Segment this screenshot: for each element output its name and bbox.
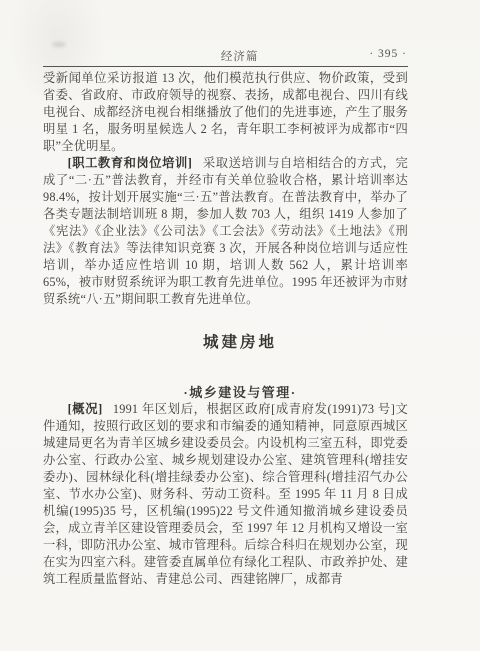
running-head-section-title: 经济篇 — [221, 48, 259, 64]
paragraph-overview: [概况]1991 年区划后，根据区政府[成青府发(1991)73 号]文件通知，… — [43, 401, 408, 588]
scanned-book-page: 经济篇 · 395 · 受新闻单位采访报道 13 次，他们模范执行供应、物价政策… — [0, 0, 480, 651]
header-rule-divider — [43, 66, 408, 67]
entry-heading-overview: [概况] — [68, 402, 103, 416]
entry-text-overview: 1991 年区划后，根据区政府[成青府发(1991)73 号]文件通知，按照行政… — [43, 402, 408, 586]
running-head: 经济篇 · 395 · — [0, 48, 480, 64]
section-title: ·城乡建设与管理· — [0, 385, 480, 401]
text-block: 受新闻单位采访报道 13 次，他们模范执行供应、物价政策，受到省委、省政府、市政… — [43, 70, 408, 588]
chapter-title: 城建房地 — [0, 333, 480, 352]
entry-text-staff-training: 采取送培训与自培相结合的方式，完成了“二·五”普法教育，并经市有关单位验收合格，… — [43, 156, 408, 306]
paragraph-staff-training: [职工教育和岗位培训]采取送培训与自培相结合的方式，完成了“二·五”普法教育，并… — [43, 155, 408, 308]
entry-heading-staff-training: [职工教育和岗位培训] — [68, 156, 193, 170]
page-number: · 395 · — [369, 48, 407, 60]
paragraph-continuation: 受新闻单位采访报道 13 次，他们模范执行供应、物价政策，受到省委、省政府、市政… — [43, 70, 408, 155]
scan-artifact — [52, 42, 66, 47]
